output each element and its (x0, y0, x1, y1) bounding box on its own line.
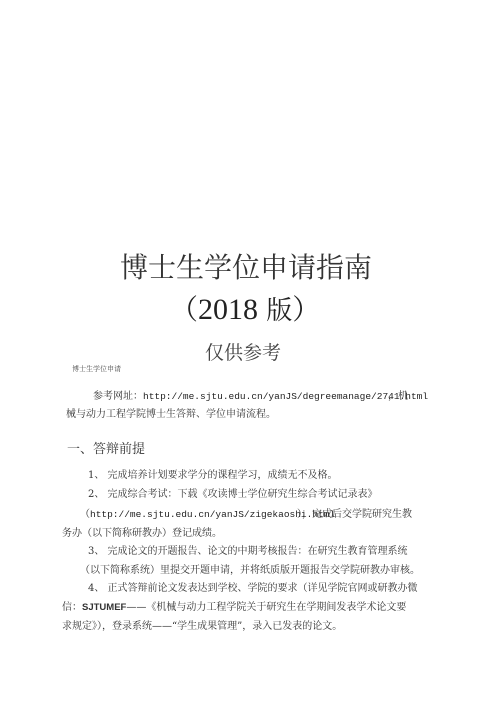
list-item-1: 1、 完成培养计划要求学分的课程学习，成绩无不及格。 (88, 466, 338, 481)
reference-only-note: 仅供参考 (205, 338, 281, 365)
list-item-4-line-2: 信：SJTUMEF——《机械与动力工程学院关于研究生在学期间发表学术论文要 (62, 598, 406, 613)
list-item-3-line-2: （以下简称系统）里提交开题申请，并将纸质版开题报告交学院研教办审核。 (80, 561, 420, 576)
paren-open: （ (80, 509, 90, 520)
section-heading: 一、答辩前提 (67, 438, 145, 457)
subtitle-edition: 版 (258, 296, 292, 326)
reference-line: 参考网址：http://me.sjtu.edu.cn/yanJS/degreem… (93, 387, 428, 402)
list-item-2: 2、 完成综合考试：下载《攻读博士学位研究生综合考试记录表》 (88, 485, 378, 500)
wechat-prefix: 信： (62, 602, 82, 613)
subtitle-open-paren: （ (170, 293, 198, 326)
subtitle-year: 2018 (198, 293, 258, 326)
list-item-3: 3、 完成论文的开题报告、论文的中期考核报告：在研究生教育管理系统 (88, 542, 408, 557)
regulation-title: ——《机械与动力工程学院关于研究生在学期间发表学术论文要 (126, 602, 406, 613)
running-header: 博士生学位申请 (72, 364, 121, 374)
list-item-4-line-3: 求规定》），登录系统——“学生成果管理”，录入已发表的论文。 (62, 617, 342, 632)
document-page: 博士生学位申请指南 （2018 版） 仅供参考 博士生学位申请 参考网址：htt… (0, 0, 500, 708)
document-subtitle: （2018 版） (170, 288, 320, 328)
reference-label: 参考网址： (93, 391, 143, 402)
document-title: 博士生学位申请指南 (120, 246, 372, 286)
reference-line-2: 械与动力工程学院博士生答辩、学位申请流程。 (66, 405, 276, 420)
reference-url[interactable]: http://me.sjtu.edu.cn/yanJS/degreemanage… (143, 391, 428, 402)
list-item-2-line-2-trail: ），完成后交学院研究生教 (297, 505, 412, 520)
reference-trail: ，机 (388, 387, 408, 402)
wechat-account: SJTUMEF (82, 602, 126, 613)
list-item-2-line-3: 务办（以下简称研教办）登记成绩。 (62, 524, 222, 539)
subtitle-close-paren: ） (292, 293, 320, 326)
list-item-4: 4、 正式答辩前论文发表达到学校、学院的要求（详见学院官网或研教办微 (88, 579, 418, 594)
